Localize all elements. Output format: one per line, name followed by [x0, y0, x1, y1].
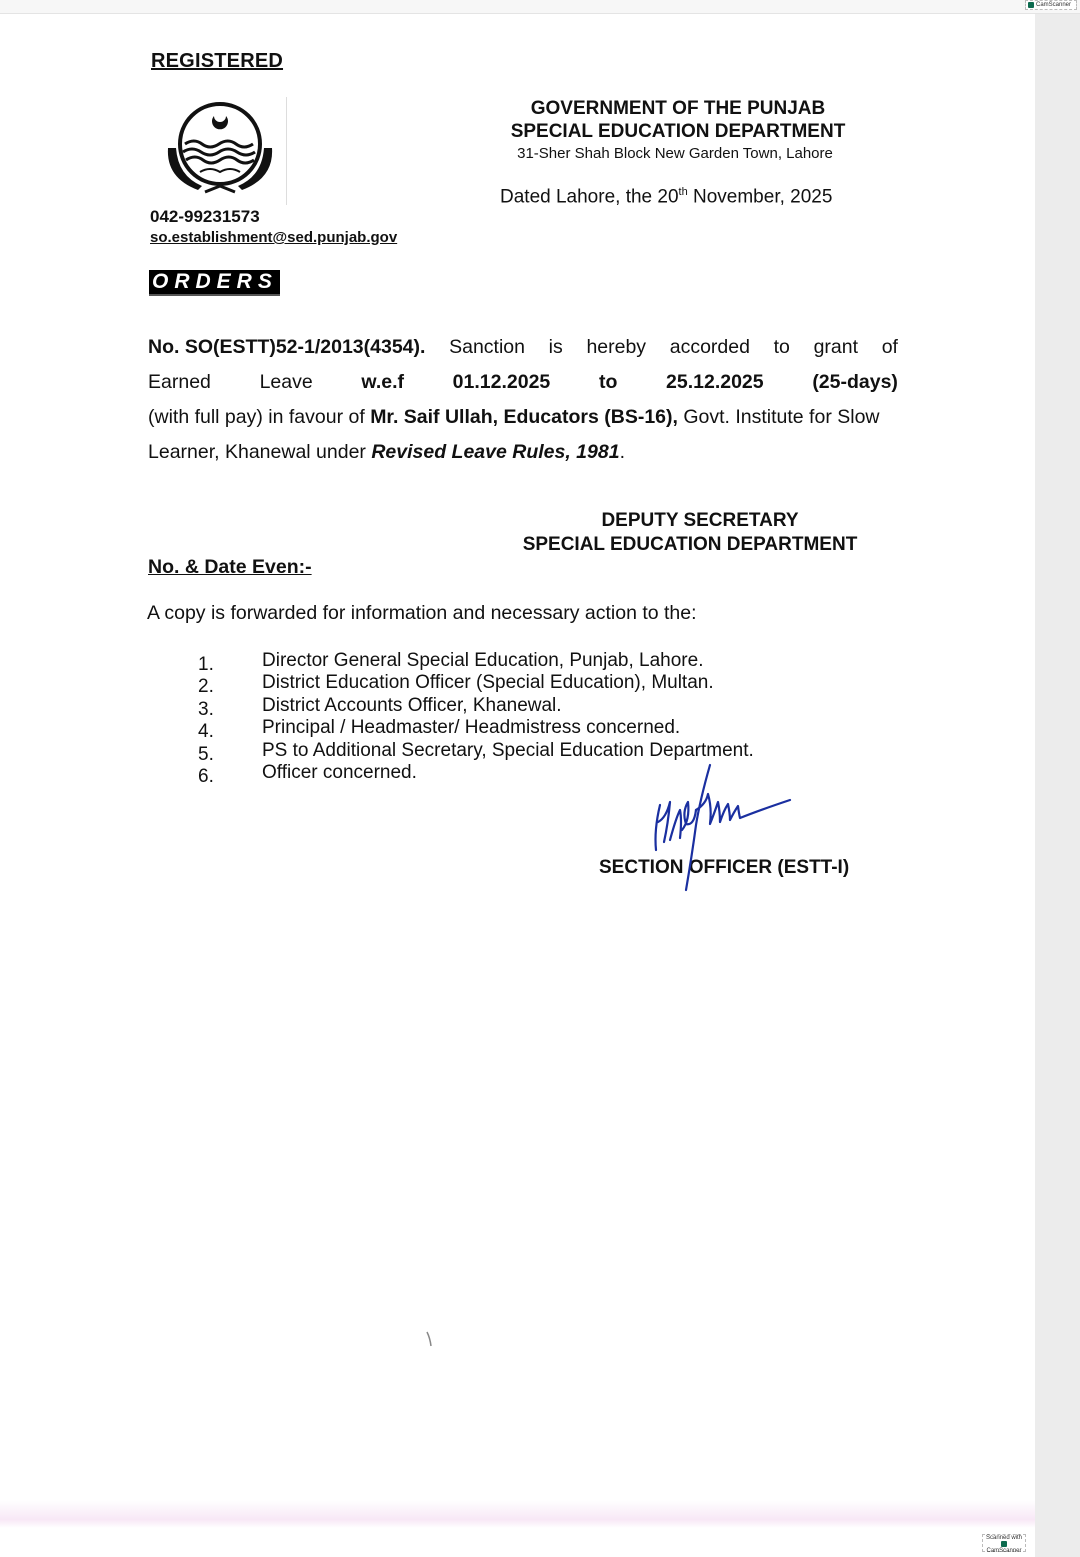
list-text: Officer concerned.	[262, 762, 417, 784]
text: .	[620, 441, 625, 463]
registered-label: REGISTERED	[151, 50, 283, 73]
list-number: 6.	[198, 766, 262, 788]
word: is	[549, 330, 563, 365]
phone-number: 042-99231573	[150, 207, 260, 227]
word: to	[599, 365, 617, 400]
dated-prefix: Dated Lahore, the 20	[500, 186, 679, 207]
order-line-2: Earned Leave w.e.f 01.12.2025 to 25.12.2…	[148, 365, 898, 400]
camscanner-badge-top: CamScanner	[1025, 0, 1077, 10]
list-item: 2.District Education Officer (Special Ed…	[198, 672, 754, 695]
order-line-1: No. SO(ESTT)52-1/2013(4354). Sanction is…	[148, 330, 898, 365]
scan-speck	[425, 1330, 433, 1348]
word: Leave	[260, 365, 313, 400]
text: (with full pay) in favour of	[148, 406, 370, 428]
list-number: 1.	[198, 654, 262, 676]
government-title: GOVERNMENT OF THE PUNJAB	[498, 98, 858, 120]
order-number: No. SO(ESTT)52-1/2013(4354).	[148, 330, 425, 365]
list-text: District Education Officer (Special Educ…	[262, 672, 714, 694]
endorsement-intro: A copy is forwarded for information and …	[147, 602, 697, 625]
leave-duration: (25-days)	[812, 365, 898, 400]
list-item: 5.PS to Additional Secretary, Special Ed…	[198, 739, 754, 762]
endorsement-heading: No. & Date Even:-	[148, 556, 312, 579]
top-bar	[0, 0, 1080, 14]
right-margin-strip	[1035, 14, 1080, 1557]
word: accorded	[670, 330, 750, 365]
word: of	[882, 330, 898, 365]
camscanner-label: CamScanner	[1036, 2, 1071, 8]
word: w.e.f	[361, 365, 404, 400]
list-number: 5.	[198, 744, 262, 766]
word: to	[774, 330, 790, 365]
rules-reference: Revised Leave Rules, 1981	[371, 441, 619, 463]
text: Govt. Institute for Slow	[678, 406, 880, 428]
list-item: 3.District Accounts Officer, Khanewal.	[198, 694, 754, 717]
list-text: District Accounts Officer, Khanewal.	[262, 695, 562, 717]
word: Sanction	[449, 330, 525, 365]
leave-end-date: 25.12.2025	[666, 365, 764, 400]
list-text: Principal / Headmaster/ Headmistress con…	[262, 717, 680, 739]
word: grant	[814, 330, 858, 365]
list-number: 2.	[198, 676, 262, 698]
scan-artifact	[0, 1500, 1035, 1528]
dated-line: Dated Lahore, the 20th November, 2025	[500, 186, 832, 208]
list-number: 4.	[198, 721, 262, 743]
word: hereby	[586, 330, 646, 365]
word: Earned	[148, 365, 211, 400]
deputy-secretary-title: DEPUTY SECRETARY	[500, 510, 900, 532]
order-line-4: Learner, Khanewal under Revised Leave Ru…	[148, 435, 898, 470]
camscanner-logo-icon	[1001, 1541, 1007, 1547]
header-divider	[286, 97, 287, 205]
camscanner-badge-bottom: Scanned with CamScanner	[982, 1534, 1026, 1552]
employee-name: Mr. Saif Ullah, Educators (BS-16),	[370, 406, 678, 428]
camscanner-logo-icon	[1028, 2, 1034, 8]
list-item: 1.Director General Special Education, Pu…	[198, 649, 754, 672]
email-address: so.establishment@sed.punjab.gov	[150, 229, 397, 246]
signature-icon	[630, 760, 800, 895]
order-body: No. SO(ESTT)52-1/2013(4354). Sanction is…	[148, 330, 898, 470]
order-line-3: (with full pay) in favour of Mr. Saif Ul…	[148, 400, 898, 435]
list-text: PS to Additional Secretary, Special Educ…	[262, 740, 754, 762]
orders-heading: ORDERS	[149, 270, 280, 296]
text: Learner, Khanewal under	[148, 441, 371, 463]
deputy-secretary-department: SPECIAL EDUCATION DEPARTMENT	[502, 534, 878, 556]
punjab-emblem-icon	[160, 100, 280, 200]
leave-start-date: 01.12.2025	[453, 365, 551, 400]
department-title: SPECIAL EDUCATION DEPARTMENT	[498, 121, 858, 143]
list-number: 3.	[198, 699, 262, 721]
list-item: 4.Principal / Headmaster/ Headmistress c…	[198, 717, 754, 740]
dated-sup: th	[679, 186, 688, 198]
dated-suffix: November, 2025	[688, 186, 833, 207]
camscanner-label: CamScanner	[986, 1548, 1021, 1554]
list-text: Director General Special Education, Punj…	[262, 650, 703, 672]
department-address: 31-Sher Shah Block New Garden Town, Laho…	[500, 145, 850, 162]
